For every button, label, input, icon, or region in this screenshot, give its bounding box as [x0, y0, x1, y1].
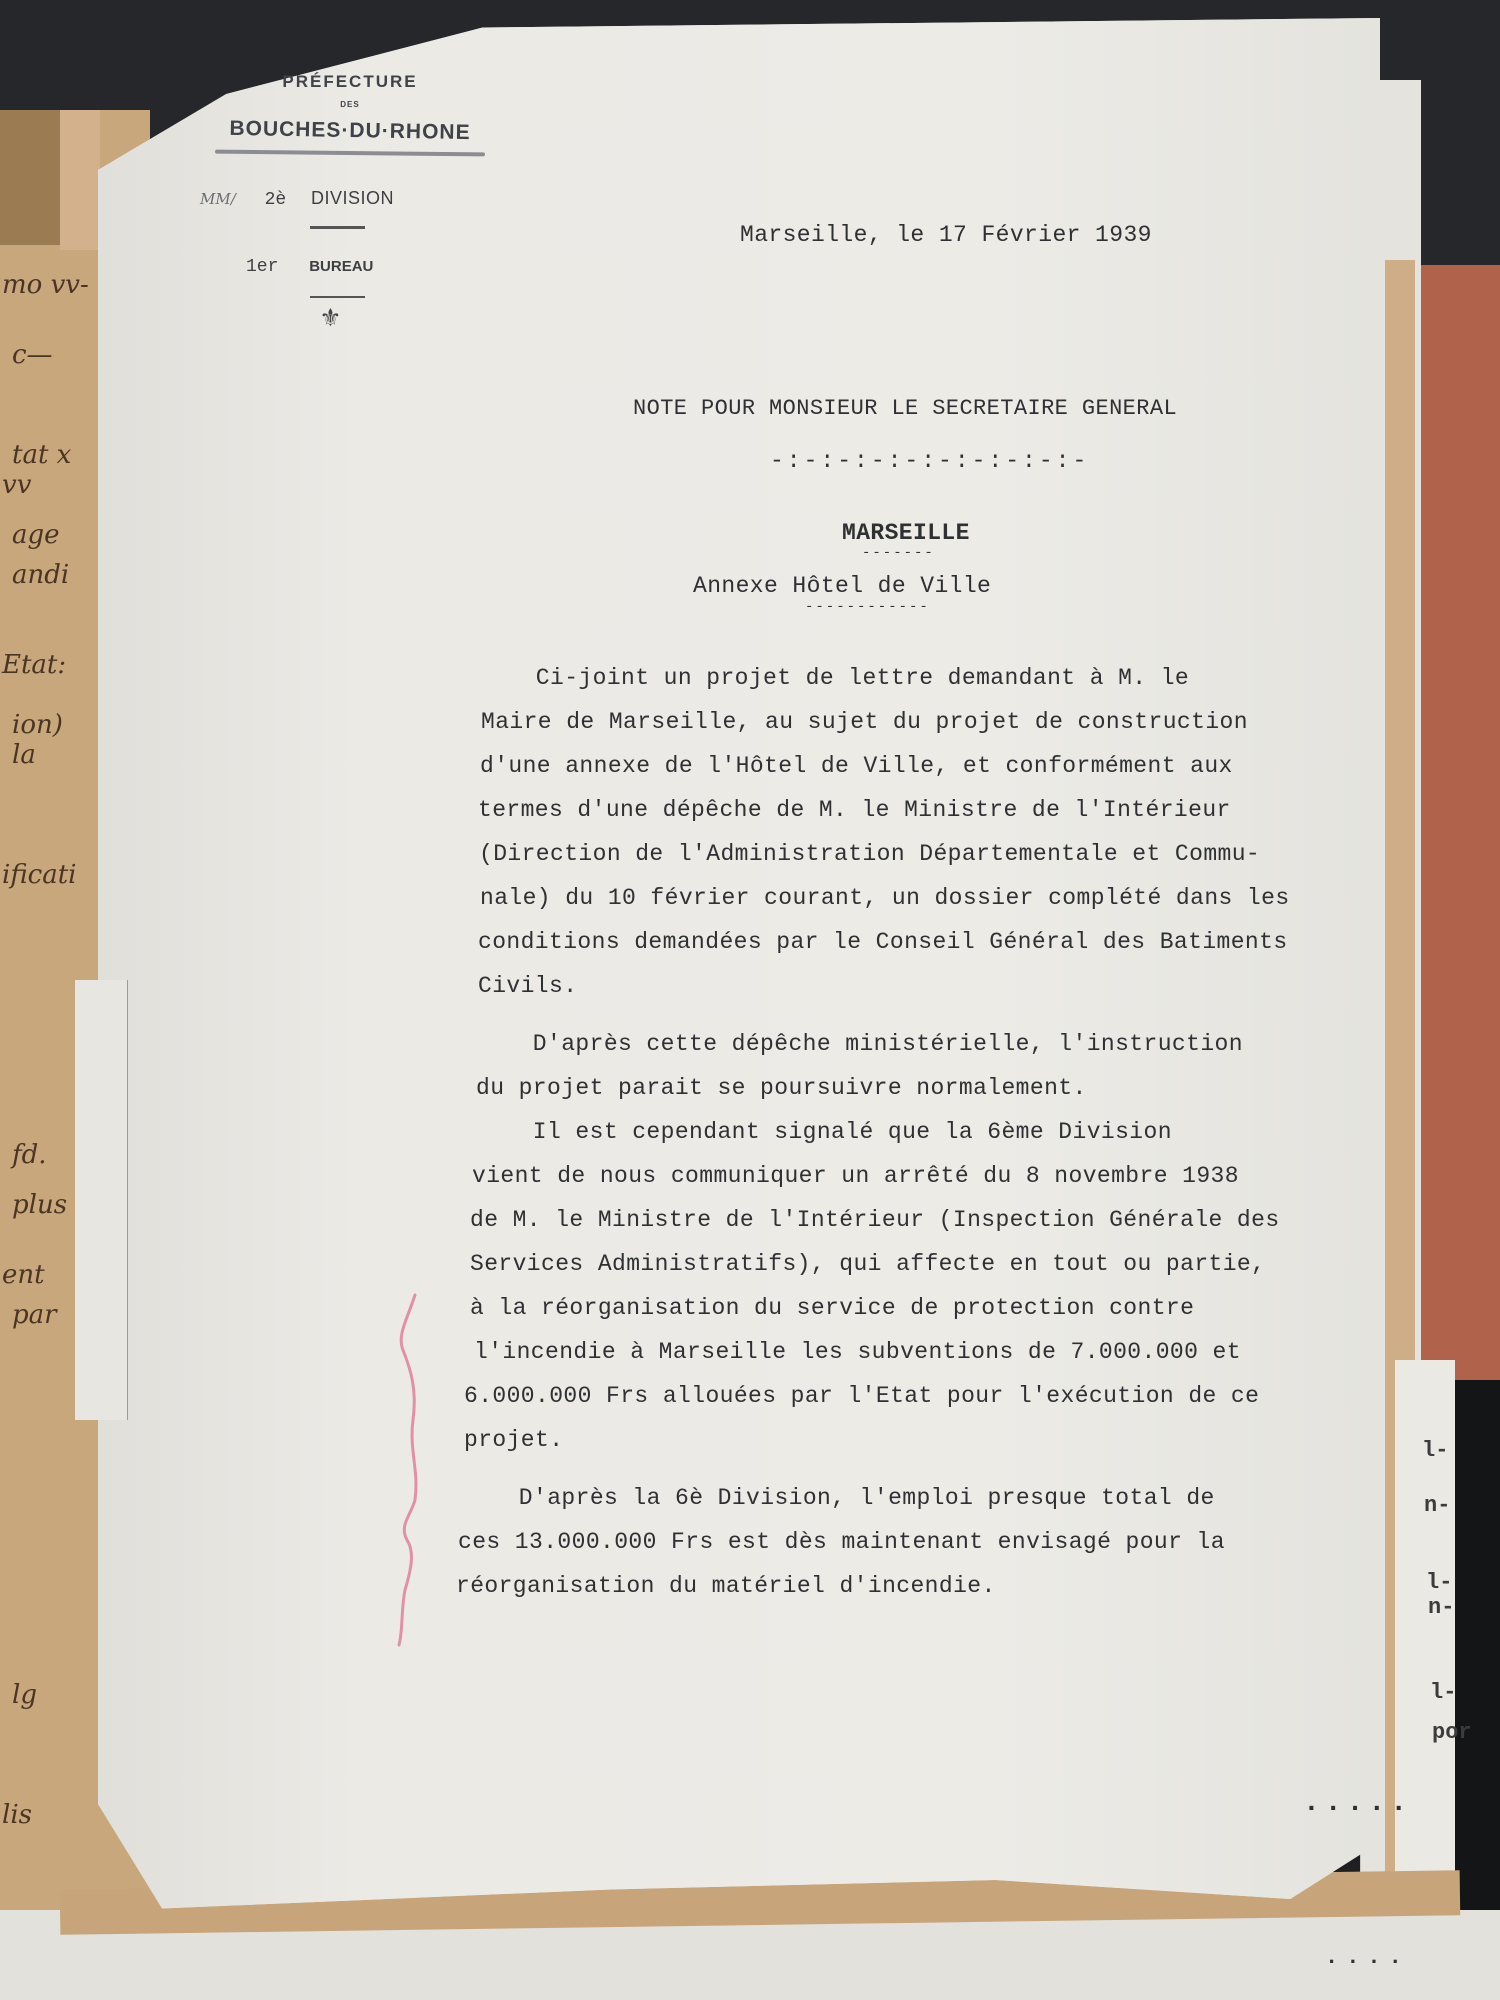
handwriting-fragment: lg [12, 1680, 37, 1710]
body-line: D'après la 6è Division, l'emploi presque… [462, 1485, 1215, 1511]
body-line: 6.000.000 Frs allouées par l'Etat pour l… [464, 1383, 1259, 1409]
edge-typed-fragment: n- [1428, 1595, 1454, 1620]
handwriting-fragment: fd. [12, 1140, 47, 1170]
letterhead-prefecture: PRÉFECTURE [215, 72, 485, 92]
edge-typed-fragment: l- [1430, 1680, 1456, 1705]
handwriting-fragment: par [12, 1300, 57, 1330]
handwriting-fragment: tat x [12, 440, 71, 470]
handwriting-fragment: ent [2, 1260, 45, 1290]
body-line: Ci-joint un projet de lettre demandant à… [479, 665, 1189, 691]
handwriting-fragment: ion) [12, 710, 63, 740]
title-separator: -:-:-:-:-:-:-:-:-:- [770, 448, 1089, 474]
body-line: de M. le Ministre de l'Intérieur (Inspec… [470, 1207, 1280, 1233]
bureau-number: 1er [246, 257, 278, 277]
letterhead-des: DES [215, 100, 485, 109]
handwriting-fragment: age [12, 520, 60, 550]
division-rule [310, 226, 365, 229]
handwriting-fragment: la [12, 740, 36, 770]
city-underline: ------- [862, 545, 935, 561]
handwriting-fragment: andi [12, 560, 69, 590]
continuation-dots: ..... [1303, 1788, 1412, 1819]
bureau-rule [310, 296, 365, 298]
handwriting-fragment: ificati [2, 860, 76, 890]
body-line: vient de nous communiquer un arrêté du 8… [472, 1163, 1239, 1189]
body-line: conditions demandées par le Conseil Géné… [478, 929, 1288, 955]
division-line: MM/ 2è DIVISION [200, 188, 394, 210]
edge-typed-fragment: l- [1422, 1438, 1448, 1463]
body-line: nale) du 10 février courant, un dossier … [480, 885, 1290, 911]
pink-pencil-mark [393, 1290, 433, 1650]
handwriting-fragment: c— [12, 340, 53, 370]
city-heading: MARSEILLE [842, 520, 970, 546]
handwriting-fragment: mo vv- [2, 270, 89, 300]
body-line: l'incendie à Marseille les subventions d… [474, 1339, 1241, 1365]
subject-underline: ------------ [805, 599, 930, 615]
body-line: réorganisation du matériel d'incendie. [456, 1573, 996, 1599]
letterhead-department: BOUCHES·DU·RHONE [215, 117, 485, 146]
subject-heading: Annexe Hôtel de Ville [693, 573, 991, 599]
body-line: du projet parait se poursuivre normaleme… [476, 1075, 1087, 1101]
handwriting-fragment: lis [2, 1800, 32, 1830]
body-line: termes d'une dépêche de M. le Ministre d… [478, 797, 1231, 823]
fleur-de-lis-icon: ⚜ [322, 300, 339, 335]
body-line: Services Administratifs), qui affecte en… [470, 1251, 1265, 1277]
edge-typed-fragment: l- [1426, 1570, 1452, 1595]
paper-flap [75, 980, 128, 1420]
edge-typed-fragment: n- [1424, 1493, 1450, 1518]
note-title: NOTE POUR MONSIEUR LE SECRETAIRE GENERAL [633, 396, 1177, 421]
body-line: Maire de Marseille, au sujet du projet d… [481, 709, 1248, 735]
body-line: à la réorganisation du service de protec… [470, 1295, 1194, 1321]
body-line: Il est cependant signalé que la 6ème Div… [476, 1119, 1172, 1145]
division-label: DIVISION [311, 188, 394, 208]
kraft-folder-edge [60, 110, 100, 250]
date-line: Marseille, le 17 Février 1939 [740, 222, 1152, 248]
typist-initials: MM/ [200, 190, 236, 208]
edge-typed-fragment: por [1432, 1720, 1472, 1745]
body-line: d'une annexe de l'Hôtel de Ville, et con… [480, 753, 1233, 779]
handwriting-fragment: vv [2, 470, 31, 500]
handwriting-fragment: plus [12, 1190, 67, 1220]
document-sheet [98, 18, 1380, 1918]
body-line: ces 13.000.000 Frs est dès maintenant en… [458, 1529, 1225, 1555]
bureau-label: BUREAU [309, 258, 373, 275]
division-number: 2è [265, 190, 287, 210]
body-line: (Direction de l'Administration Départeme… [479, 841, 1260, 867]
body-line: D'après cette dépêche ministérielle, l'i… [476, 1031, 1243, 1057]
handwriting-fragment: Etat: [2, 650, 66, 680]
bureau-line: 1er BUREAU [246, 257, 373, 277]
body-line: projet. [464, 1427, 563, 1453]
body-line: Civils. [478, 973, 577, 999]
next-sheet-dots: .... [1325, 1945, 1410, 1970]
letterhead: PRÉFECTURE DES BOUCHES·DU·RHONE [215, 72, 485, 155]
